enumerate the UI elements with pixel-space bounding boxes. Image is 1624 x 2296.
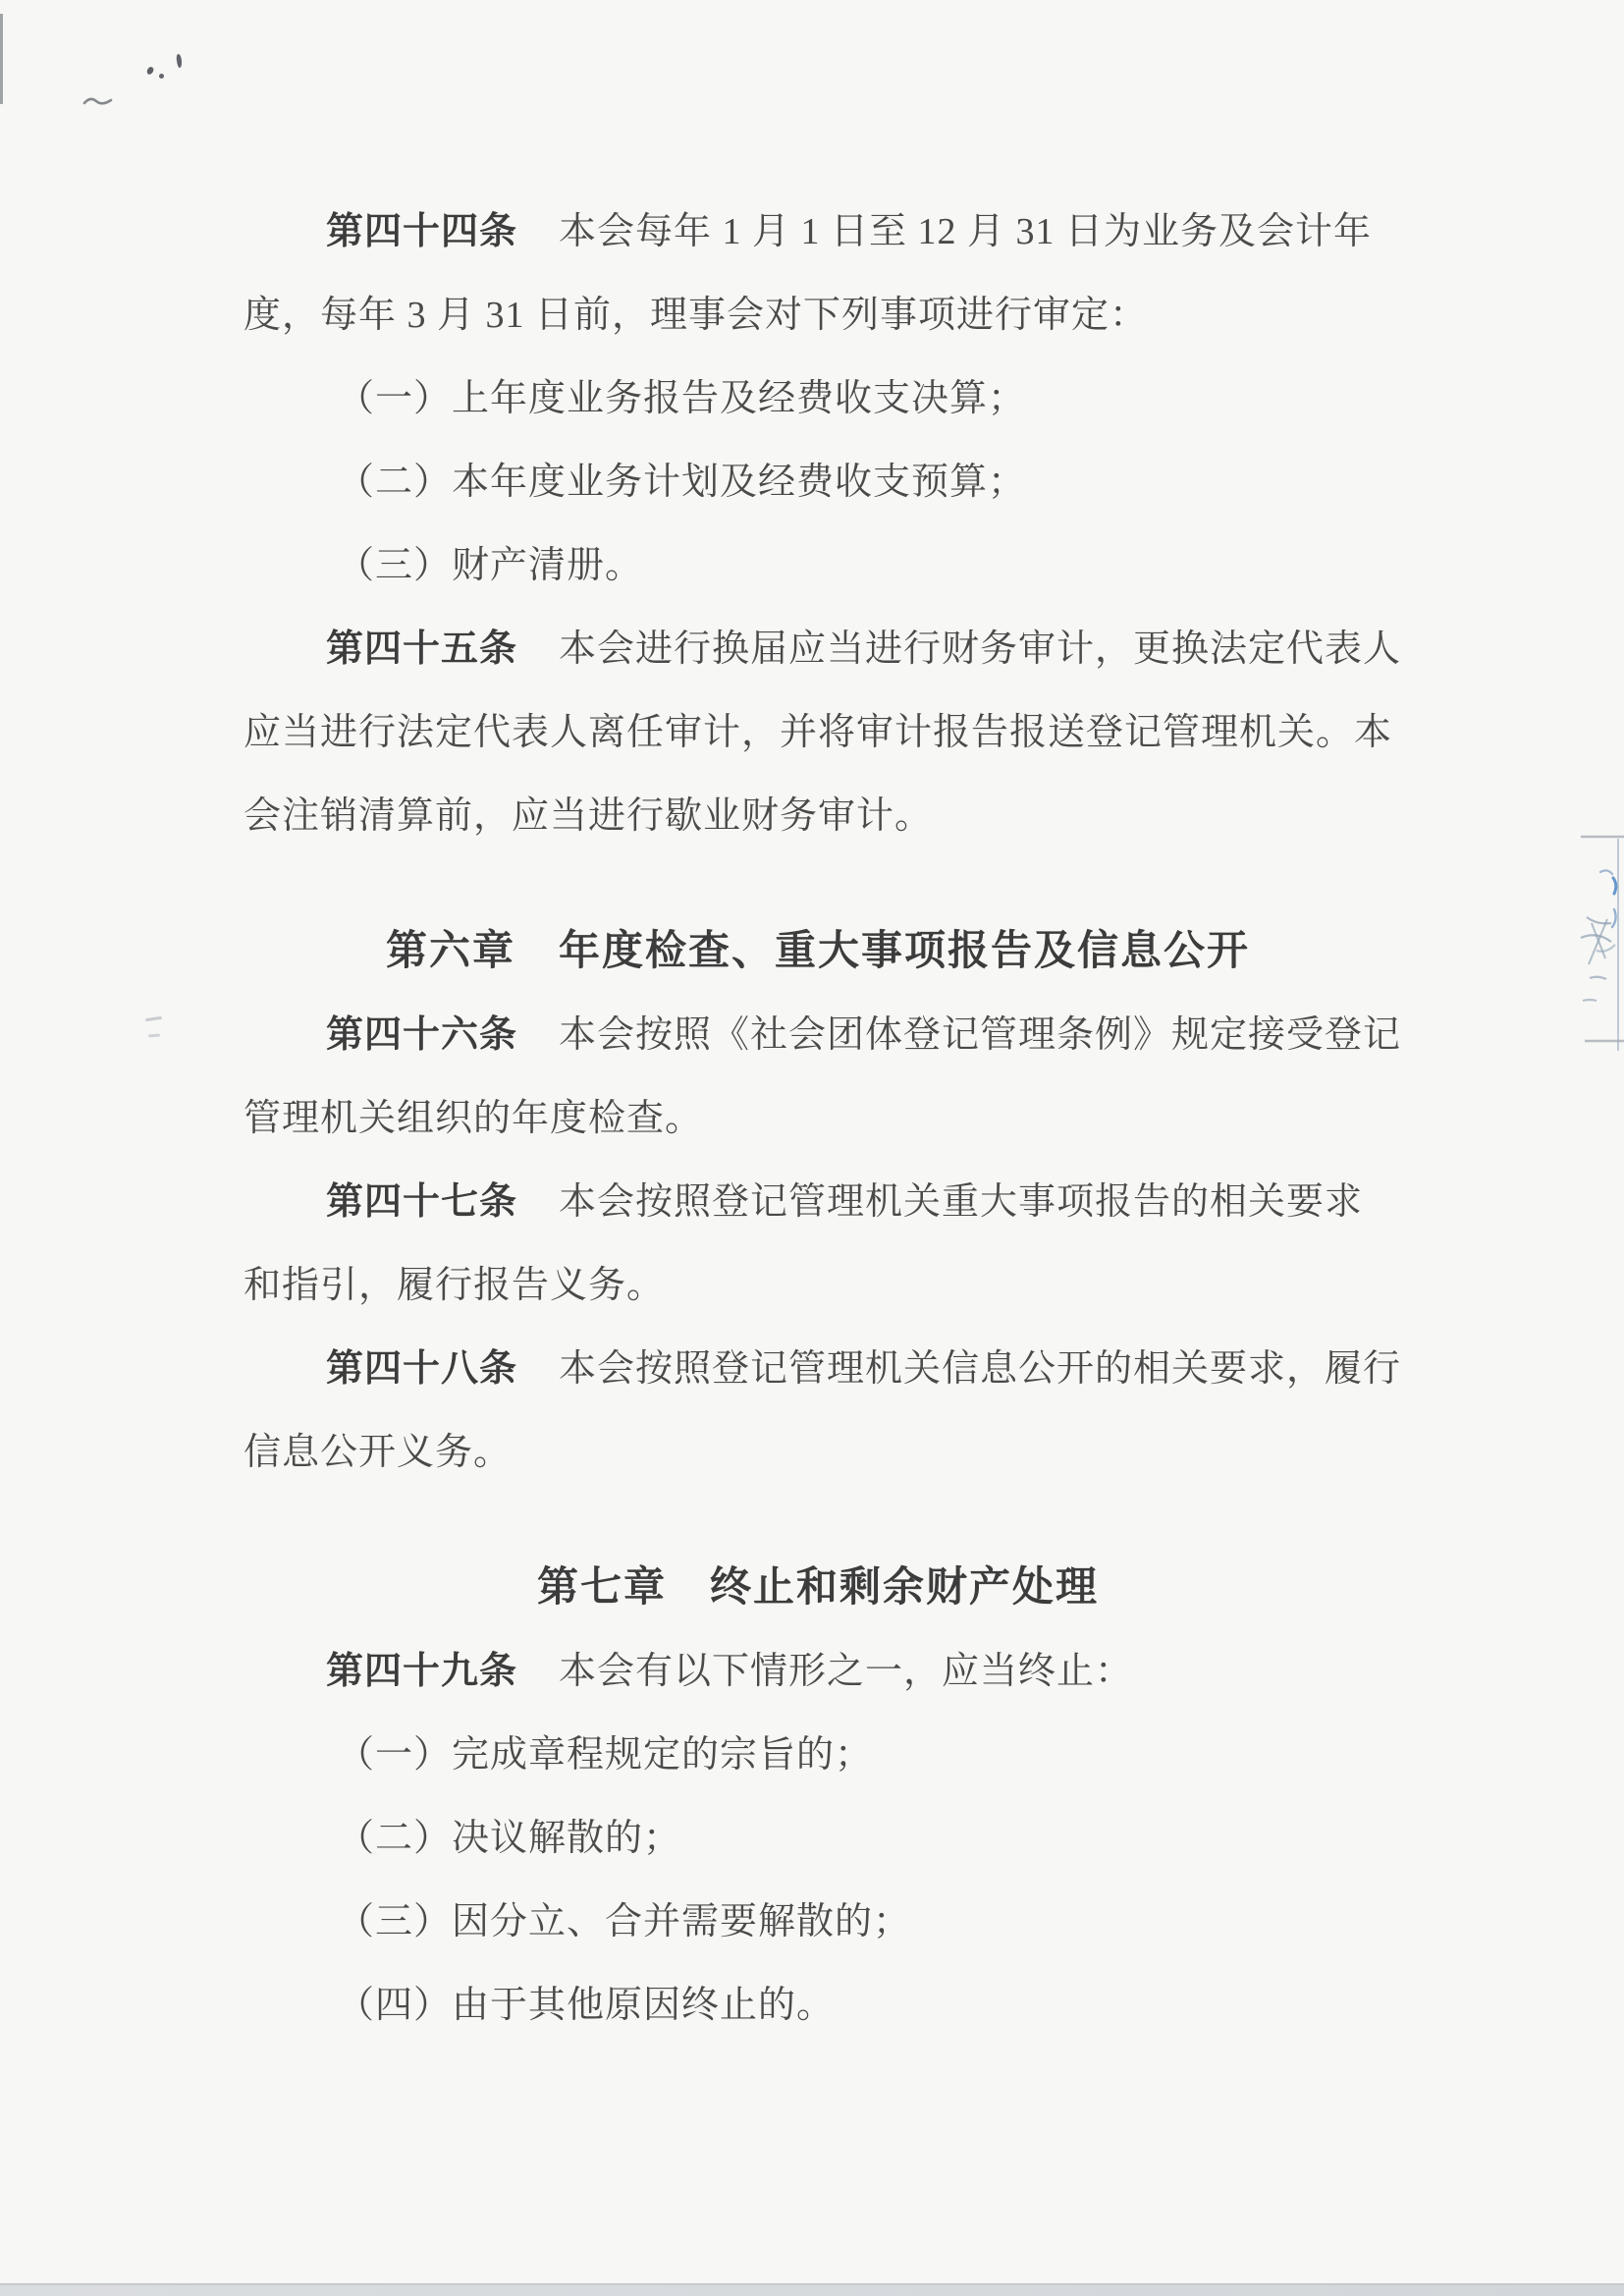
page: 第四十四条本会每年 1 月 1 日至 12 月 31 日为业务及会计年度，每年 … [0,0,1624,2296]
pencil-mark [145,1016,162,1021]
document-line: （一）完成章程规定的宗旨的； [244,1714,1392,1797]
article-number-label: 第四十八条 [326,1348,517,1390]
article-number-label: 第四十七条 [326,1181,517,1223]
article-number-label: 第四十九条 [326,1651,517,1692]
scanned-document-page: { "page": { "background": "#f7f7f5", "te… [0,0,1624,2296]
article-text: 本会按照《社会团体登记管理条例》规定接受登记 [559,1014,1401,1056]
article-text: 本会有以下情形之一，应当终止： [559,1651,1133,1692]
document-line: （二）本年度业务计划及经费收支预算； [244,441,1392,524]
document-line: 会注销清算前，应当进行歇业财务审计。 [244,775,1392,858]
scan-edge-sliver [0,14,3,104]
document-line: 应当进行法定代表人离任审计，并将审计报告报送登记管理机关。本 [244,691,1392,775]
document-line: 第四十七条本会按照登记管理机关重大事项报告的相关要求 [244,1161,1392,1244]
ink-speckle [176,54,183,69]
document-line: 第四十六条本会按照《社会团体登记管理条例》规定接受登记 [244,994,1392,1077]
article-text: 本会按照登记管理机关信息公开的相关要求，履行 [559,1348,1401,1390]
document-line: 第四十八条本会按照登记管理机关信息公开的相关要求，履行 [244,1328,1392,1411]
document-line: 第四十九条本会有以下情形之一，应当终止： [244,1630,1392,1714]
document-line: （四）由于其他原因终止的。 [244,1964,1392,2048]
article-number-label: 第四十五条 [326,629,517,670]
ink-speckle [159,74,164,79]
article-text: 本会按照登记管理机关重大事项报告的相关要求 [559,1181,1363,1223]
chapter-heading: 第六章 年度检查、重大事项报告及信息公开 [244,910,1392,994]
ink-smudge [82,93,114,109]
scanner-bottom-edge [0,2283,1624,2296]
document-line: （三）因分立、合并需要解散的； [244,1881,1392,1964]
document-line: 第四十四条本会每年 1 月 1 日至 12 月 31 日为业务及会计年 [244,191,1392,274]
article-number-label: 第四十四条 [326,211,517,252]
document-line: 度，每年 3 月 31 日前，理事会对下列事项进行审定： [244,274,1392,357]
document-line: （三）财产清册。 [244,524,1392,608]
document-line: 信息公开义务。 [244,1411,1392,1495]
article-number-label: 第四十六条 [326,1014,517,1056]
document-line: （二）决议解散的； [244,1797,1392,1881]
article-text: 本会每年 1 月 1 日至 12 月 31 日为业务及会计年 [559,211,1372,252]
document-line: 第四十五条本会进行换届应当进行财务审计，更换法定代表人 [244,608,1392,691]
document-line: （一）上年度业务报告及经费收支决算； [244,357,1392,441]
pen-bleed-right-edge [1567,823,1624,1063]
ink-speckle [146,66,155,76]
article-text: 本会进行换届应当进行财务审计，更换法定代表人 [559,629,1401,670]
document-line: 和指引，履行报告义务。 [244,1244,1392,1328]
pencil-mark [148,1033,160,1037]
chapter-heading: 第七章 终止和剩余财产处理 [244,1547,1392,1630]
document-body: 第四十四条本会每年 1 月 1 日至 12 月 31 日为业务及会计年度，每年 … [244,191,1392,2048]
document-line: 管理机关组织的年度检查。 [244,1077,1392,1161]
